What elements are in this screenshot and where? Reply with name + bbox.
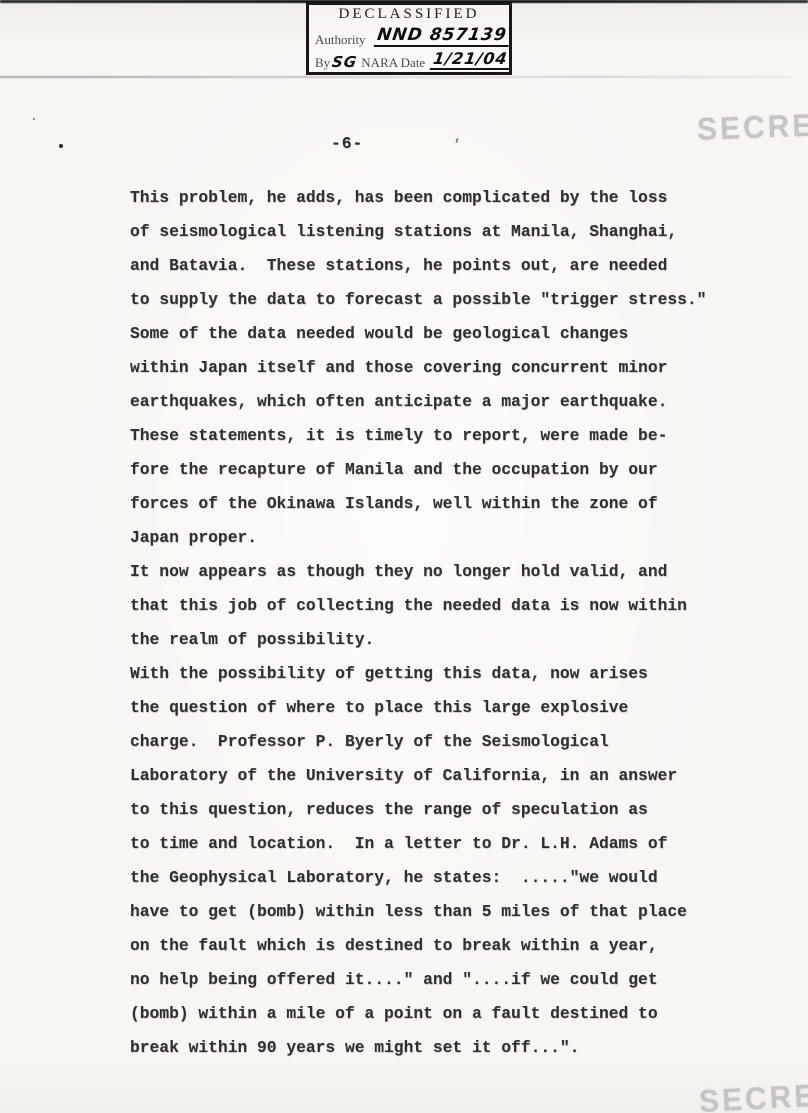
declassified-stamp-authority-row: Authority NND 857139 xyxy=(315,27,503,47)
text-line: to supply the data to forecast a possibl… xyxy=(130,283,750,317)
text-line: the question of where to place this larg… xyxy=(130,691,750,725)
text-line: of seismological listening stations at M… xyxy=(130,215,750,249)
text-line: Japan proper. xyxy=(130,521,750,555)
text-line: within Japan itself and those covering c… xyxy=(130,351,750,385)
text-line: forces of the Okinawa Islands, well with… xyxy=(130,487,750,521)
text-line: This problem, he adds, has been complica… xyxy=(130,181,750,215)
declassified-stamp: DECLASSIFIED Authority NND 857139 By SG … xyxy=(306,2,512,75)
text-line: no help being offered it...." and "....i… xyxy=(130,963,750,997)
text-line: earthquakes, which often anticipate a ma… xyxy=(130,385,750,419)
date-handwritten-value: 1/21/04 xyxy=(430,51,513,70)
text-line: and Batavia. These stations, he points o… xyxy=(130,249,750,283)
declassified-stamp-by-row: By SG NARA Date 1/21/04 xyxy=(315,51,503,70)
text-line: fore the recapture of Manila and the occ… xyxy=(130,453,750,487)
text-line: the realm of possibility. xyxy=(130,623,750,657)
text-line: These statements, it is timely to report… xyxy=(130,419,750,453)
nara-date-label: NARA Date xyxy=(361,55,425,70)
text-line: have to get (bomb) within less than 5 mi… xyxy=(130,895,750,929)
ink-speck xyxy=(33,118,35,120)
text-line: With the possibility of getting this dat… xyxy=(130,657,750,691)
authority-label: Authority xyxy=(315,32,366,47)
text-line: on the fault which is destined to break … xyxy=(130,929,750,963)
by-label: By xyxy=(315,55,330,70)
by-handwritten-initials: SG xyxy=(331,55,358,70)
text-line: to time and location. In a letter to Dr.… xyxy=(130,827,750,861)
scanned-document-page: { "page": { "number_label": "-6-" }, "de… xyxy=(0,0,808,1113)
text-line: Laboratory of the University of Californ… xyxy=(130,759,750,793)
text-line: to this question, reduces the range of s… xyxy=(130,793,750,827)
text-line: charge. Professor P. Byerly of the Seism… xyxy=(130,725,750,759)
page-number: -6- xyxy=(331,134,363,153)
fold-line-artifact xyxy=(0,76,790,78)
declassified-stamp-title: DECLASSIFIED xyxy=(315,6,503,23)
text-line: break within 90 years we might set it of… xyxy=(130,1031,750,1065)
text-line: Some of the data needed would be geologi… xyxy=(130,317,750,351)
secret-stamp-top-right: SECRET xyxy=(696,110,808,146)
authority-handwritten-value: NND 857139 xyxy=(373,27,511,47)
text-line: (bomb) within a mile of a point on a fau… xyxy=(130,997,750,1031)
document-body: This problem, he adds, has been complica… xyxy=(130,181,750,1065)
text-line: that this job of collecting the needed d… xyxy=(130,589,750,623)
text-line: It now appears as though they no longer … xyxy=(130,555,750,589)
secret-stamp-bottom-right: SECRET xyxy=(698,1080,808,1113)
ink-speck xyxy=(59,144,63,148)
text-line: the Geophysical Laboratory, he states: .… xyxy=(130,861,750,895)
